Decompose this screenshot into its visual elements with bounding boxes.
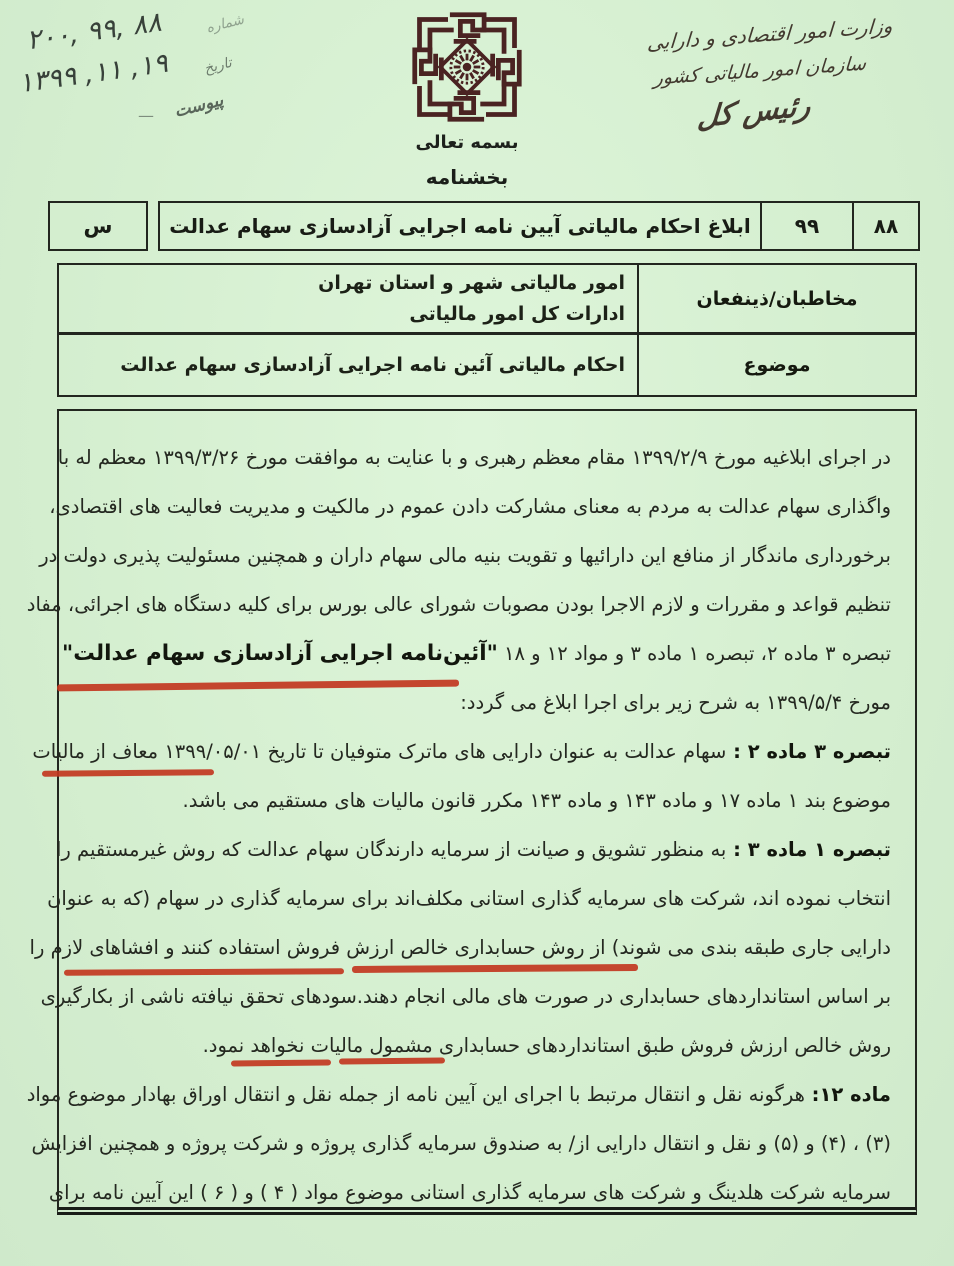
number-label: شماره	[205, 12, 246, 37]
subject-label: موضوع	[637, 335, 915, 395]
addressees-label: مخاطبان/ذینفعان	[637, 265, 915, 335]
body-line: تبصره ۳ ماده ۲، تبصره ۱ ماده ۳ و مواد ۱۲…	[79, 629, 891, 678]
circular-date-handwritten: ۱۳۹۹ ,۱۱ ,۱۹	[17, 48, 170, 100]
body-line: در اجرای ابلاغیه مورخ ۱۳۹۹/۲/۹ مقام معظم…	[79, 433, 891, 482]
body-line: انتخاب نموده اند، شرکت های سرمایه گذاری …	[79, 874, 891, 923]
body-line: موضوع بند ۱ ماده ۱۷ و ماده ۱۴۳ و ماده ۱۴…	[79, 776, 891, 825]
serial-cell-99: ۹۹	[760, 203, 854, 249]
body-bold-segment: تبصره ۳ ماده ۲ :	[726, 740, 891, 763]
body-line: تبصره ۱ ماده ۳ : به منظور تشویق و صیانت …	[79, 825, 891, 874]
info-table: مخاطبان/ذینفعان امور مالیاتی شهر و استان…	[57, 263, 917, 397]
body-segment: سهام عدالت به عنوان دارایی های ماترک متو…	[32, 740, 726, 763]
addressees-line-1: امور مالیاتی شهر و استان تهران	[59, 268, 625, 299]
body-line: سرمایه شرکت هلدینگ و شرکت های سرمایه گذا…	[79, 1168, 891, 1217]
body-segment: تبصره ۳ ماده ۲، تبصره ۱ ماده ۳ و مواد ۱۲…	[498, 642, 891, 665]
addressees-value: امور مالیاتی شهر و استان تهران ادارات کل…	[59, 265, 637, 335]
body-line: واگذاری سهام عدالت به مردم به معنای مشار…	[79, 482, 891, 531]
category-cell: س	[48, 201, 148, 251]
body-bold-segment: "آئین‌نامه اجرایی آزادسازی سهام عدالت"	[62, 641, 498, 666]
subject-value: احکام مالیاتی آئین نامه اجرایی آزادسازی …	[59, 335, 637, 395]
besmeleh-text: بسمه تعالی	[382, 132, 552, 153]
body-segment: به منظور تشویق و صیانت از سرمایه دارندگا…	[56, 838, 726, 861]
body-segment: روش خالص ارزش فروش طبق استانداردهای حساب…	[203, 1034, 891, 1057]
classification-row: ۸۸ ۹۹ ابلاغ احکام مالیاتی آیین نامه اجرا…	[158, 201, 920, 251]
circular-title: ابلاغ احکام مالیاتی آیین نامه اجرایی آزا…	[160, 203, 760, 249]
addressees-line-2: ادارات کل امور مالیاتی	[59, 299, 625, 330]
attachment-dash: —	[138, 106, 154, 125]
body-segment: تنظیم قواعد و مقررات و لازم الاجرا بودن …	[27, 593, 891, 616]
body-segment: برخورداری ماندگار از منافع این دارائیها …	[39, 544, 891, 567]
body-line: (۳) ، (۴) و (۵) و نقل و انتقال دارایی از…	[79, 1119, 891, 1168]
ministry-name: وزارت امور اقتصادی و دارایی	[620, 11, 921, 56]
body-segment: بر اساس استانداردهای حسابداری در صورت ها…	[41, 985, 891, 1008]
scanned-circular-page: ۲۰۰, ۹۹, ۸۸ ۱۳۹۹ ,۱۱ ,۱۹ شماره تاریخ پیو…	[0, 0, 954, 1266]
body-text: در اجرای ابلاغیه مورخ ۱۳۹۹/۲/۹ مقام معظم…	[79, 433, 891, 1217]
red-underline-not-taxable-1	[231, 1059, 331, 1066]
organization-name: سازمان امور مالیاتی کشور	[630, 51, 891, 91]
attachment-label: پیوست	[172, 90, 225, 121]
body-segment: مورخ ۱۳۹۹/۵/۴ به شرح زیر برای اجرا ابلاغ…	[460, 691, 891, 714]
body-box: در اجرای ابلاغیه مورخ ۱۳۹۹/۲/۹ مقام معظم…	[57, 409, 917, 1215]
body-line: روش خالص ارزش فروش طبق استانداردهای حساب…	[79, 1021, 891, 1070]
body-line: بر اساس استانداردهای حسابداری در صورت ها…	[79, 972, 891, 1021]
body-bold-segment: تبصره ۱ ماده ۳ :	[726, 838, 891, 861]
body-segment: هرگونه نقل و انتقال مرتبط با اجرای این آ…	[27, 1083, 805, 1106]
body-segment: (۳) ، (۴) و (۵) و نقل و انتقال دارایی از…	[32, 1132, 891, 1155]
serial-cell-88: ۸۸	[854, 203, 918, 249]
body-segment: واگذاری سهام عدالت به مردم به معنای مشار…	[49, 495, 891, 518]
date-label: تاریخ	[202, 55, 233, 77]
body-line: ماده ۱۲: هرگونه نقل و انتقال مرتبط با اج…	[79, 1070, 891, 1119]
body-segment: دارایی جاری طبقه بندی می شوند) از روش حس…	[30, 936, 891, 959]
body-segment: سرمایه شرکت هلدینگ و شرکت های سرمایه گذا…	[49, 1181, 891, 1204]
body-segment: انتخاب نموده اند، شرکت های سرمایه گذاری …	[47, 887, 891, 910]
body-segment: در اجرای ابلاغیه مورخ ۱۳۹۹/۲/۹ مقام معظم…	[58, 446, 891, 469]
body-line: برخورداری ماندگار از منافع این دارائیها …	[79, 531, 891, 580]
document-type-title: بخشنامه	[382, 165, 552, 189]
body-line: تنظیم قواعد و مقررات و لازم الاجرا بودن …	[79, 580, 891, 629]
body-bold-segment: ماده ۱۲:	[805, 1083, 891, 1106]
red-underline-not-taxable-2	[339, 1057, 445, 1064]
circular-number-handwritten: ۲۰۰, ۹۹, ۸۸	[25, 7, 164, 57]
body-segment: موضوع بند ۱ ماده ۱۷ و ماده ۱۴۳ و ماده ۱۴…	[183, 789, 891, 812]
tax-administration-logo-icon	[408, 10, 526, 124]
signatory-title: رئیس کل	[673, 85, 835, 136]
